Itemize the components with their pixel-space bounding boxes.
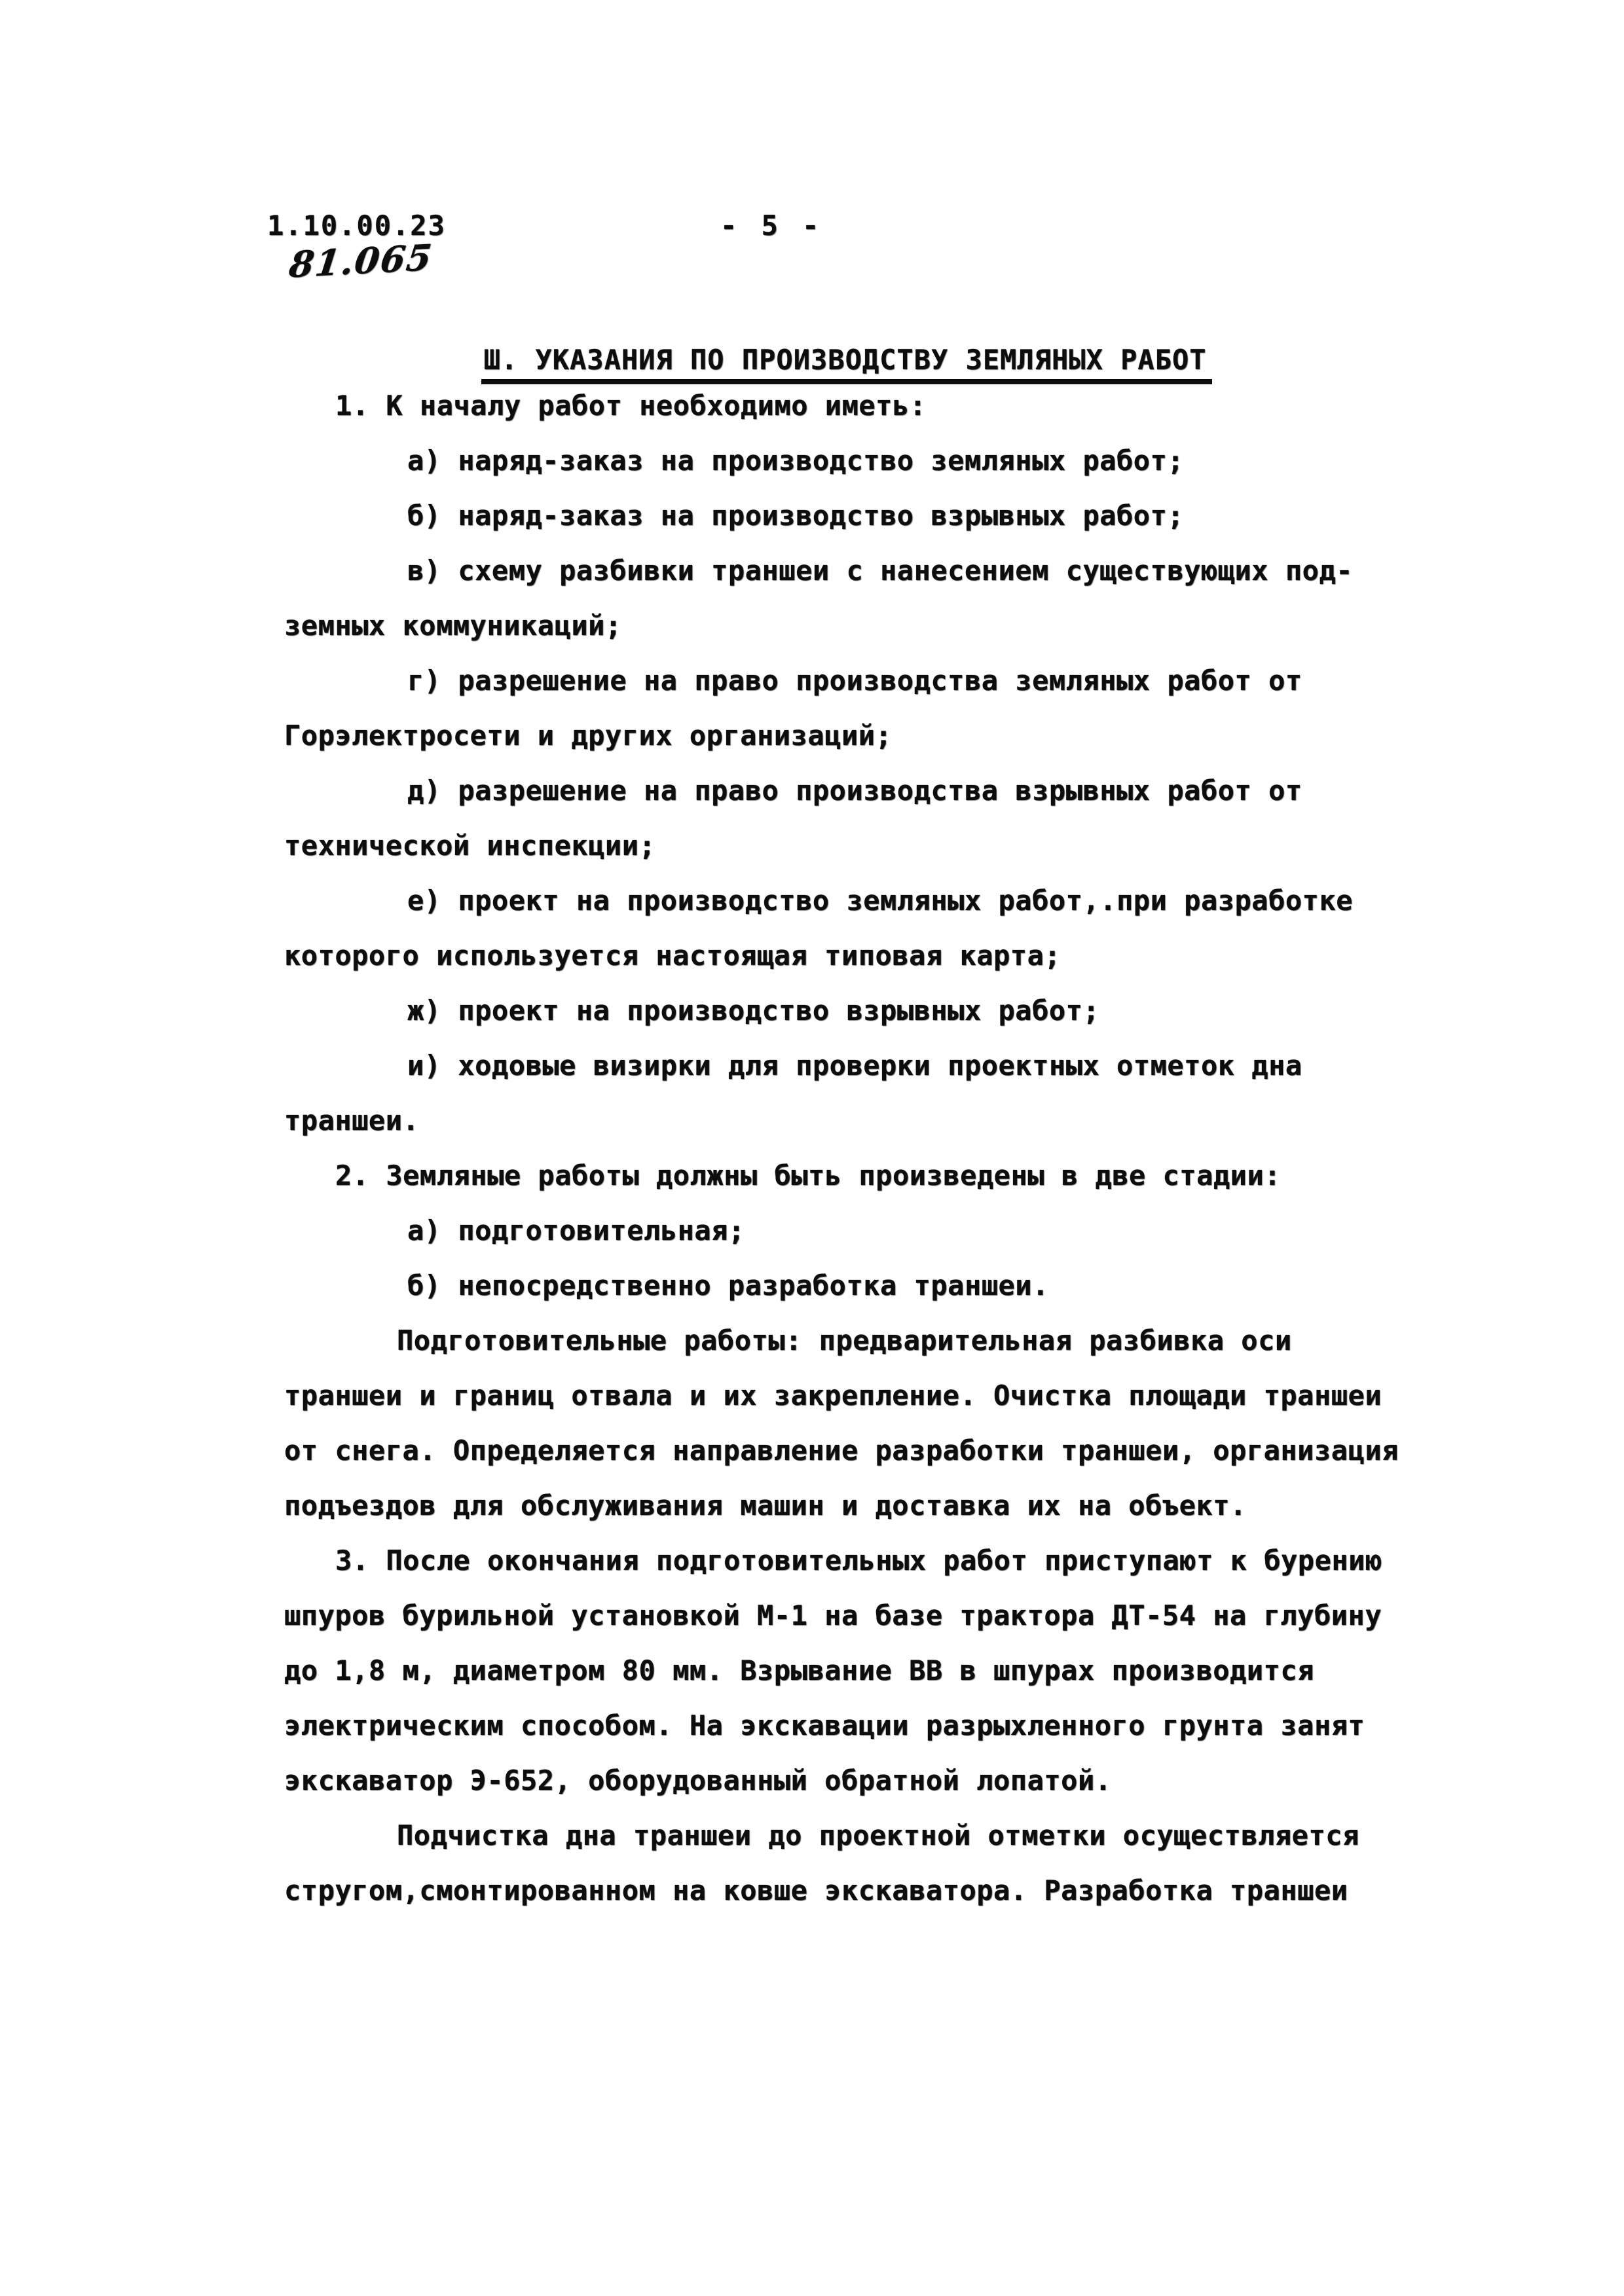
text-line: г) разрешение на право производства земл… <box>0 653 1624 708</box>
text-line: б) непосредственно разработка траншеи. <box>0 1258 1624 1313</box>
text-line: и) ходовые визирки для проверки проектны… <box>0 1038 1624 1093</box>
text-line: земных коммуникаций; <box>0 598 1624 653</box>
text-line: а) подготовительная; <box>0 1203 1624 1258</box>
text-line: траншеи и границ отвала и их закрепление… <box>0 1368 1624 1423</box>
text-line: Горэлектросети и других организаций; <box>0 708 1624 763</box>
text-line: 2. Земляные работы должны быть произведе… <box>0 1148 1624 1203</box>
text-line: до 1,8 м, диаметром 80 мм. Взрывание ВВ … <box>0 1643 1624 1698</box>
text-line: в) схему разбивки траншеи с нанесением с… <box>0 543 1624 598</box>
text-line: подъездов для обслуживания машин и доста… <box>0 1478 1624 1533</box>
text-line: б) наряд-заказ на производство взрывных … <box>0 488 1624 543</box>
text-line: д) разрешение на право производства взры… <box>0 763 1624 818</box>
page-number: - 5 - <box>720 210 822 242</box>
text-line: электрическим способом. На экскавации ра… <box>0 1698 1624 1753</box>
text-line: е) проект на производство земляных работ… <box>0 873 1624 928</box>
text-line: а) наряд-заказ на производство земляных … <box>0 433 1624 488</box>
text-line: стругом,смонтированном на ковше экскават… <box>0 1863 1624 1918</box>
text-line: от снега. Определяется направление разра… <box>0 1423 1624 1478</box>
handwritten-code: 81.065 <box>287 236 435 286</box>
text-line: Подчистка дна траншеи до проектной отмет… <box>0 1808 1624 1863</box>
text-line: экскаватор Э-652, оборудованный обратной… <box>0 1753 1624 1808</box>
text-line: Подготовительные работы: предварительная… <box>0 1313 1624 1368</box>
text-line: которого используется настоящая типовая … <box>0 928 1624 983</box>
document-body: 1. К началу работ необходимо иметь:а) на… <box>0 378 1624 1918</box>
text-line: шпуров бурильной установкой М-1 на базе … <box>0 1588 1624 1643</box>
text-line: траншеи. <box>0 1093 1624 1148</box>
text-line: ж) проект на производство взрывных работ… <box>0 983 1624 1038</box>
text-line: 3. После окончания подготовительных рабо… <box>0 1533 1624 1588</box>
text-line: технической инспекции; <box>0 818 1624 873</box>
document-page: 1.10.00.23 81.065 - 5 - Ш. УКАЗАНИЯ ПО П… <box>0 0 1624 2296</box>
text-line: 1. К началу работ необходимо иметь: <box>0 378 1624 433</box>
